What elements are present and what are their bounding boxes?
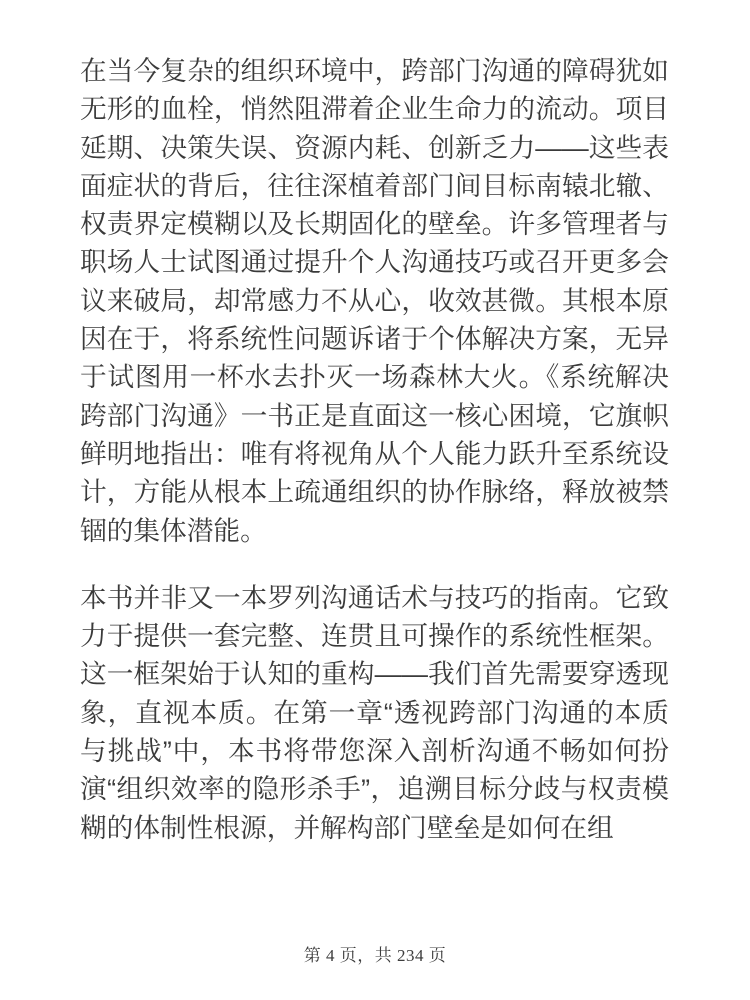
paragraph-framework: 本书并非又一本罗列沟通话术与技巧的指南。它致力于提供一套完整、连贯且可操作的系统… [80, 579, 669, 847]
page-body-text: 在当今复杂的组织环境中，跨部门沟通的障碍犹如无形的血栓，悄然阻滞着企业生命力的流… [80, 52, 669, 876]
paragraph-intro: 在当今复杂的组织环境中，跨部门沟通的障碍犹如无形的血栓，悄然阻滞着企业生命力的流… [80, 52, 669, 550]
document-page: 在当今复杂的组织环境中，跨部门沟通的障碍犹如无形的血栓，悄然阻滞着企业生命力的流… [0, 0, 750, 1000]
page-number-indicator: 第 4 页，共 234 页 [304, 946, 447, 965]
page-footer: 第 4 页，共 234 页 [0, 941, 750, 966]
